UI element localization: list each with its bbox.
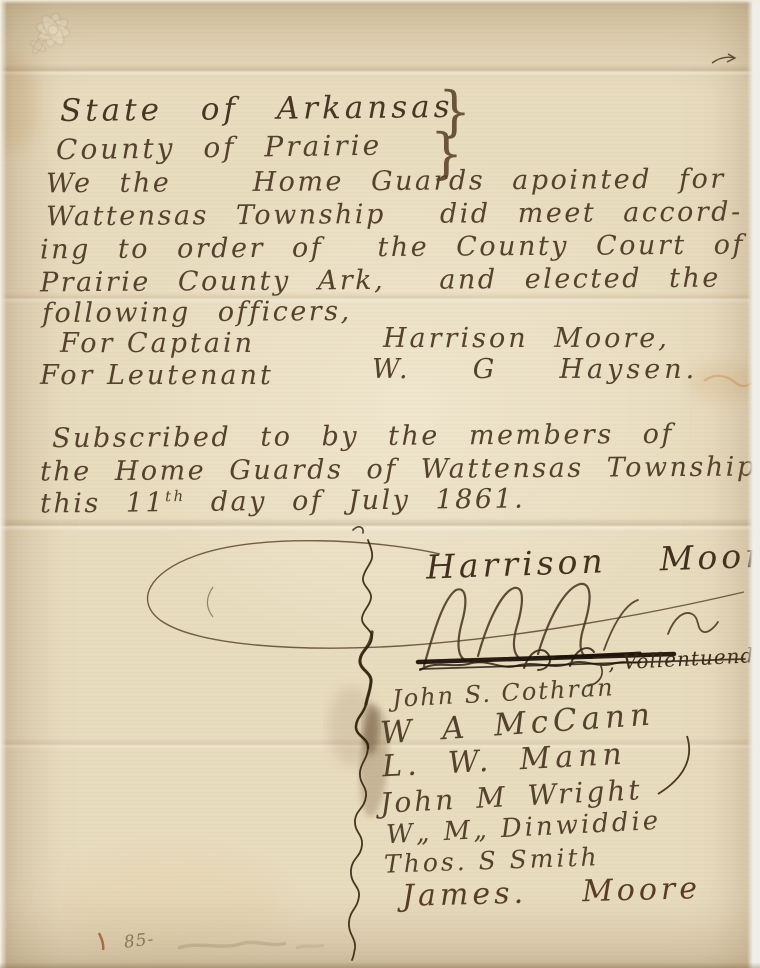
officer-name: Harrison Moore,: [383, 325, 670, 352]
state-line: State of Arkansas: [60, 92, 454, 127]
body-line: Wattensas Township did meet accord-: [46, 199, 743, 231]
officer-role: For Captain: [60, 330, 255, 357]
stain: [688, 365, 760, 399]
attestation-line: the Home Guards of Wattensas Township: [40, 453, 757, 485]
date-prefix: this 11: [40, 487, 165, 519]
erased-pencil-marks: [178, 942, 324, 948]
scan-edge-right: [747, 0, 760, 968]
red-fleck: [99, 933, 103, 950]
scan-edge-top: [0, 0, 760, 4]
signature: James. Moore: [402, 874, 702, 912]
signature: Harrison Moore,: [426, 537, 760, 583]
rust-mark: [704, 376, 755, 386]
date-suffix: day of July 1861.: [186, 483, 526, 518]
pencil-note: 85-: [123, 931, 155, 952]
embossed-seal-small-icon: [26, 34, 50, 58]
scan-edge-left: [0, 0, 7, 968]
stain: [55, 855, 285, 950]
fold-crease: [0, 518, 760, 531]
signature-flourish: [658, 736, 689, 794]
body-line: ing to order of the County Court of: [40, 232, 745, 264]
body-line: following officers,: [42, 298, 352, 327]
body-line: We the Home Guards apointed for: [46, 166, 726, 198]
officer-name: W. G Haysen.: [372, 356, 698, 383]
attestation-line: Subscribed to by the members of: [52, 421, 674, 452]
fold-crease: [0, 64, 760, 76]
county-line: County of Prairie: [56, 132, 383, 165]
signature: Thos. S Smith: [384, 844, 600, 877]
date-line: this 11th day of July 1861.: [40, 485, 526, 517]
pen-mark: [712, 54, 735, 63]
body-line: Prairie County Ark, and elected the: [40, 265, 721, 297]
officer-role: For Leutenant: [40, 362, 274, 389]
scan-edge-bottom: [0, 962, 760, 968]
struck-signature-note: , Vollentuend: [608, 645, 755, 673]
date-ordinal-suffix: th: [165, 487, 186, 505]
stain: [0, 55, 38, 150]
scanned-document-page: State of Arkansas } County of Prairie } …: [0, 0, 760, 968]
embossed-seal-icon: [33, 10, 73, 50]
tear-line: [349, 527, 372, 960]
